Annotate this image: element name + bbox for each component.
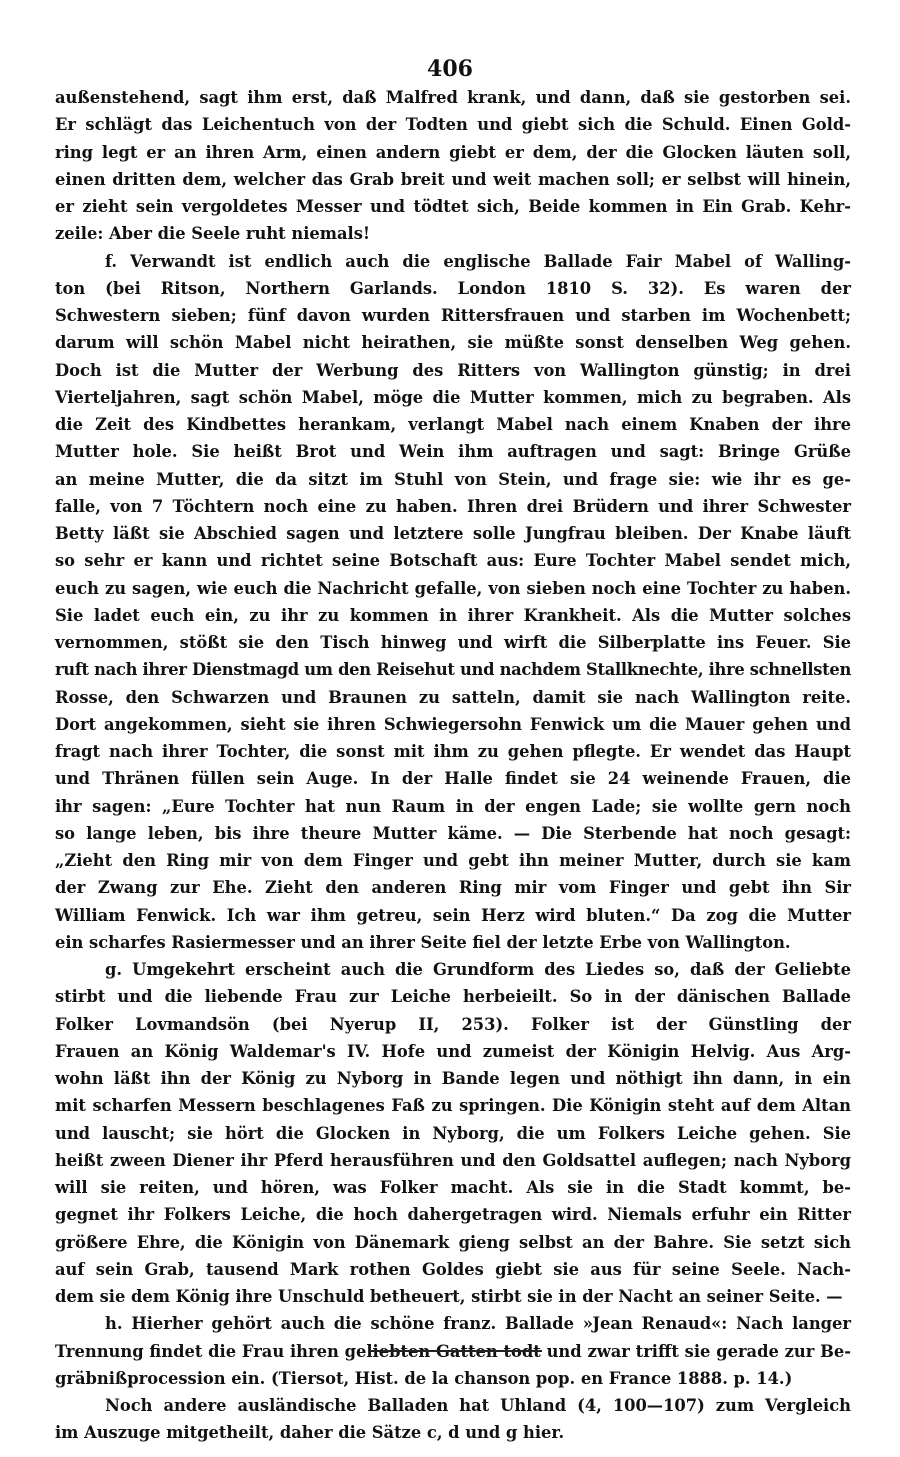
text-line: Rosse, den Schwarzen und Braunen zu satt… (55, 684, 851, 711)
text-line: zeile: Aber die Seele ruht niemals! (55, 220, 851, 247)
text-line: einen dritten dem, welcher das Grab brei… (55, 166, 851, 193)
text-line: Mutter hole. Sie heißt Brot und Wein ihm… (55, 438, 851, 465)
body-text: außenstehend, sagt ihm erst, daß Malfred… (55, 84, 851, 1447)
text-line: euch zu sagen, wie euch die Nachricht ge… (55, 575, 851, 602)
text-line: mit scharfen Messern beschlagenes Faß zu… (55, 1092, 851, 1119)
text-line: Frauen an König Waldemar's IV. Hofe und … (55, 1038, 851, 1065)
text-line: will sie reiten, und hören, was Folker m… (55, 1174, 851, 1201)
text-line: Er schlägt das Leichentuch von der Todte… (55, 111, 851, 138)
book-page: 406 außenstehend, sagt ihm erst, daß Mal… (0, 0, 900, 1457)
text-line: darum will schön Mabel nicht heirathen, … (55, 329, 851, 356)
text-line: ein scharfes Rasiermesser und an ihrer S… (55, 929, 851, 956)
text-line: so lange leben, bis ihre theure Mutter k… (55, 820, 851, 847)
text-line: Vierteljahren, sagt schön Mabel, möge di… (55, 384, 851, 411)
text-line: außenstehend, sagt ihm erst, daß Malfred… (55, 84, 851, 111)
text-line: Doch ist die Mutter der Werbung des Ritt… (55, 357, 851, 384)
section-divider-rule (370, 1350, 542, 1352)
text-line: „Zieht den Ring mir von dem Finger und g… (55, 847, 851, 874)
text-line: gegnet ihr Folkers Leiche, die hoch dahe… (55, 1201, 851, 1228)
text-line: fragt nach ihrer Tochter, die sonst mit … (55, 738, 851, 765)
text-line: gräbnißprocession ein. (Tiersot, Hist. d… (55, 1365, 851, 1392)
text-line: William Fenwick. Ich war ihm getreu, sei… (55, 902, 851, 929)
text-line: der Zwang zur Ehe. Zieht den anderen Rin… (55, 874, 851, 901)
text-line: falle, von 7 Töchtern noch eine zu haben… (55, 493, 851, 520)
text-line: Schwestern sieben; fünf davon wurden Rit… (55, 302, 851, 329)
text-line: im Auszuge mitgetheilt, daher die Sätze … (55, 1419, 851, 1446)
text-line: Dort angekommen, sieht sie ihren Schwieg… (55, 711, 851, 738)
text-line: vernommen, stößt sie den Tisch hinweg un… (55, 629, 851, 656)
text-line: größere Ehre, die Königin von Dänemark g… (55, 1229, 851, 1256)
text-line: Folker Lovmandsön (bei Nyerup II, 253). … (55, 1011, 851, 1038)
text-line: wohn läßt ihn der König zu Nyborg in Ban… (55, 1065, 851, 1092)
text-line: h. Hierher gehört auch die schöne franz.… (55, 1310, 851, 1337)
text-line: g. Umgekehrt erscheint auch die Grundfor… (55, 956, 851, 983)
text-line: die Zeit des Kindbettes herankam, verlan… (55, 411, 851, 438)
text-line: dem sie dem König ihre Unschuld betheuer… (55, 1283, 851, 1310)
text-line: auf sein Grab, tausend Mark rothen Golde… (55, 1256, 851, 1283)
text-line: Sie ladet euch ein, zu ihr zu kommen in … (55, 602, 851, 629)
text-line: so sehr er kann und richtet seine Botsch… (55, 547, 851, 574)
text-line: heißt zween Diener ihr Pferd herausführe… (55, 1147, 851, 1174)
text-line: und Thränen füllen sein Auge. In der Hal… (55, 765, 851, 792)
text-line: und lauscht; sie hört die Glocken in Nyb… (55, 1120, 851, 1147)
text-line: ring legt er an ihren Arm, einen andern … (55, 139, 851, 166)
text-line: ihr sagen: „Eure Tochter hat nun Raum in… (55, 793, 851, 820)
text-line: f. Verwandt ist endlich auch die englisc… (55, 248, 851, 275)
text-line: an meine Mutter, die da sitzt im Stuhl v… (55, 466, 851, 493)
text-line: er zieht sein vergoldetes Messer und töd… (55, 193, 851, 220)
text-line: Noch andere ausländische Balladen hat Uh… (55, 1392, 851, 1419)
text-line: ruft nach ihrer Dienstmagd um den Reiseh… (55, 656, 851, 683)
text-line: stirbt und die liebende Frau zur Leiche … (55, 983, 851, 1010)
text-line: Betty läßt sie Abschied sagen und letzte… (55, 520, 851, 547)
page-number: 406 (0, 56, 900, 82)
text-line: ton (bei Ritson, Northern Garlands. Lond… (55, 275, 851, 302)
